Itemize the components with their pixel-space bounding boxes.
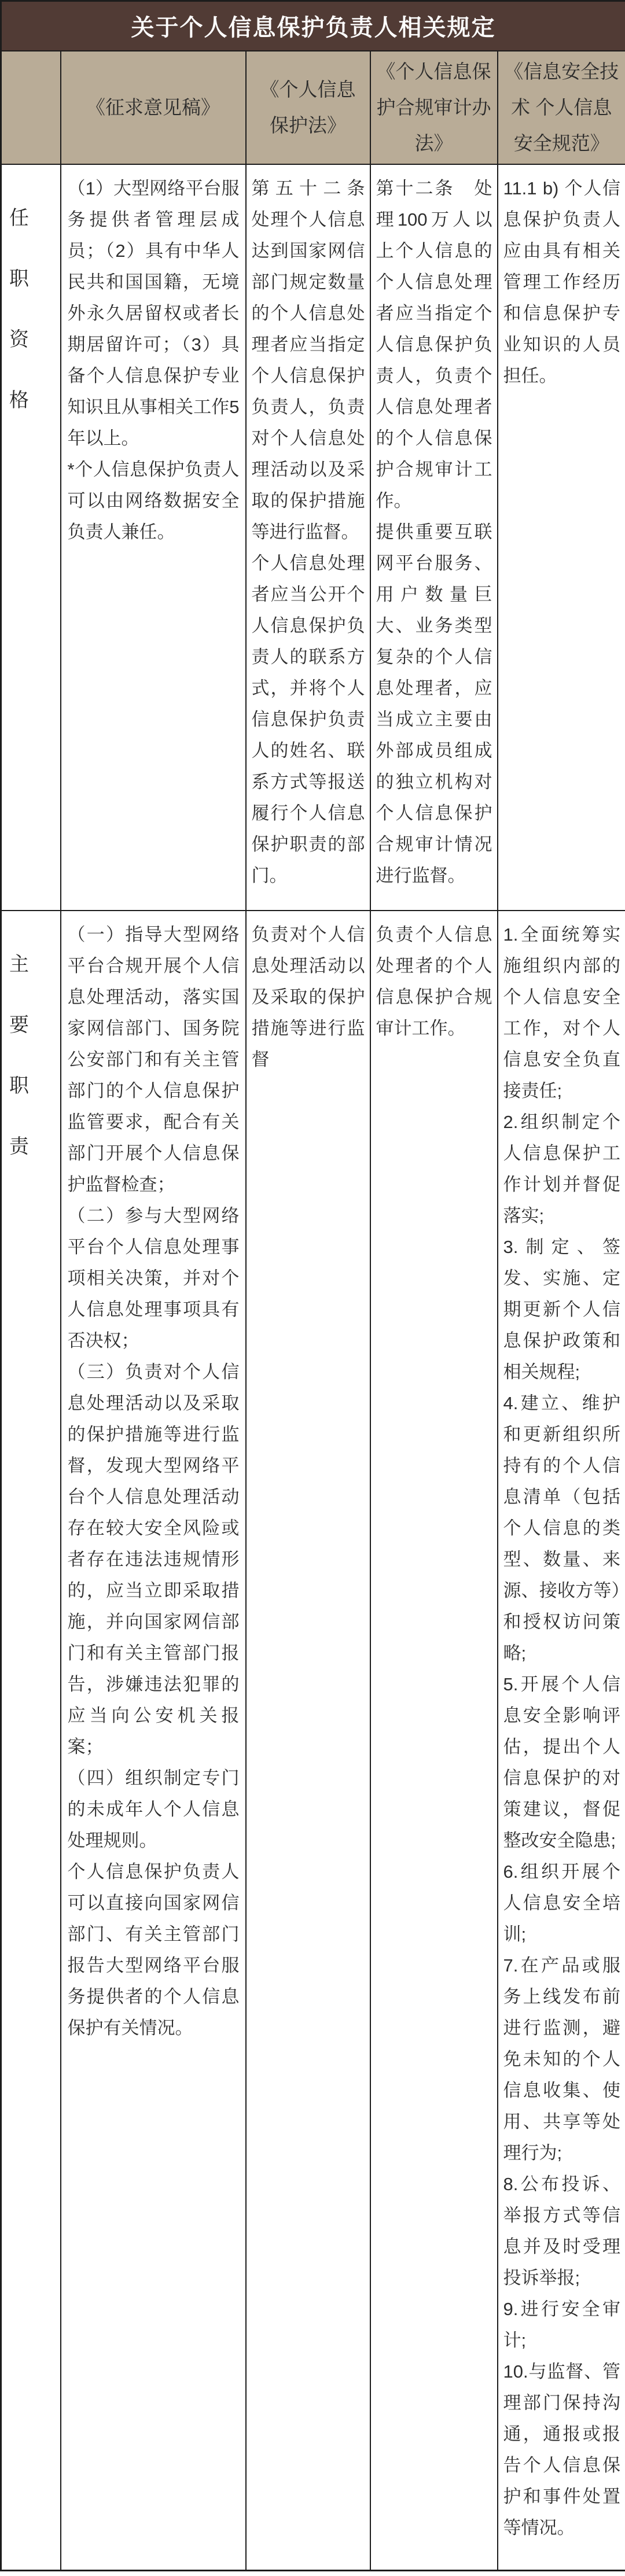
paragraph: 8.公布投诉、举报方式等信息并及时受理投诉举报;	[503, 2169, 621, 2294]
cell-qualifications-pipl: 第五十二条 处理个人信息达到国家网信部门规定数量的个人信息处理者应当指定个人信息…	[246, 164, 370, 911]
paragraph: 个人信息保护负责人可以直接向国家网信部门、有关主管部门报告大型网络平台服务提供者…	[68, 1856, 240, 2044]
paragraph: （三）负责对个人信息处理活动以及采取的保护措施等进行监督，发现大型网络平台个人信…	[68, 1357, 240, 1763]
header-cell-compliance-audit-measures: 《个人信息保护合规审计办法》	[370, 51, 498, 164]
paragraph: 11.1 b) 个人信息保护负责人应由具有相关管理工作经历和信息保护专业知识的人…	[503, 173, 621, 392]
paragraph: 10.与监督、管理部门保持沟通，通报或报告个人信息保护和事件处置等情况。	[503, 2356, 621, 2544]
header-row: 《征求意见稿》 《个人信息保护法》 《个人信息保护合规审计办法》 《信息安全技术…	[1, 51, 625, 164]
paragraph: 职 责	[9, 1056, 53, 1177]
table-row-duties: 主 要职 责 （一）指导大型网络平台合规开展个人信息处理活动，落实国家网信部门、…	[1, 911, 625, 2571]
page-title: 关于个人信息保护负责人相关规定	[1, 1, 625, 51]
table-row-qualifications: 任 职资 格 （1）大型网络平台服务提供者管理层成员；（2）具有中华人民共和国国…	[1, 164, 625, 911]
paragraph: 7.在产品或服务上线发布前进行监测，避免未知的个人信息收集、使用、共享等处理行为…	[503, 1950, 621, 2169]
paragraph: 资 格	[9, 309, 53, 431]
paragraph: 主 要	[9, 934, 53, 1056]
paragraph: 6.组织开展个人信息安全培训;	[503, 1856, 621, 1950]
header-cell-security-specification: 《信息安全技术 个人信息安全规范》	[498, 51, 625, 164]
header-cell-draft-for-comment: 《征求意见稿》	[61, 51, 246, 164]
paragraph: （一）指导大型网络平台合规开展个人信息处理活动，落实国家网信部门、国务院公安部门…	[68, 919, 240, 1200]
document-page: 关于个人信息保护负责人相关规定 《征求意见稿》 《个人信息保护法》 《个人信息保…	[0, 0, 625, 2576]
cell-qualifications-specification: 11.1 b) 个人信息保护负责人应由具有相关管理工作经历和信息保护专业知识的人…	[498, 164, 625, 911]
cell-duties-pipl: 负责对个人信息处理活动以及采取的保护措施等进行监督	[246, 911, 370, 2571]
paragraph: 个人信息处理者应当公开个人信息保护负责人的联系方式，并将个人信息保护负责人的姓名…	[252, 548, 365, 891]
title-row: 关于个人信息保护负责人相关规定	[1, 1, 625, 51]
paragraph: 2.组织制定个人信息保护工作计划并督促落实;	[503, 1107, 621, 1232]
paragraph: 9.进行安全审计;	[503, 2294, 621, 2356]
paragraph: 提供重要互联网平台服务、用户数量巨大、业务类型复杂的个人信息处理者，应当成立主要…	[376, 517, 492, 891]
paragraph: （四）组织制定专门的未成年人个人信息处理规则。	[68, 1763, 240, 1856]
paragraph: （二）参与大型网络平台个人信息处理事项相关决策，并对个人信息处理事项具有否决权；	[68, 1200, 240, 1357]
cell-duties-specification: 1.全面统筹实施组织内部的个人信息安全工作，对个人信息安全负直接责任;2.组织制…	[498, 911, 625, 2571]
paragraph: 3.制定、签发、实施、定期更新个人信息保护政策和相关规程;	[503, 1232, 621, 1388]
cell-qualifications-draft: （1）大型网络平台服务提供者管理层成员；（2）具有中华人民共和国国籍，无境外永久…	[61, 164, 246, 911]
paragraph: 4.建立、维护和更新组织所持有的个人信息清单（包括个人信息的类型、数量、来源、接…	[503, 1388, 621, 1669]
paragraph: 第十二条 处理100万人以上个人信息的个人信息处理者应当指定个人信息保护负责人，…	[376, 173, 492, 517]
paragraph: 负责对个人信息处理活动以及采取的保护措施等进行监督	[252, 919, 365, 1075]
cell-duties-audit: 负责个人信息处理者的个人信息保护合规审计工作。	[370, 911, 498, 2571]
header-cell-pipl: 《个人信息保护法》	[246, 51, 370, 164]
cell-duties-draft: （一）指导大型网络平台合规开展个人信息处理活动，落实国家网信部门、国务院公安部门…	[61, 911, 246, 2571]
paragraph: 负责个人信息处理者的个人信息保护合规审计工作。	[376, 919, 492, 1044]
header-cell-rowlabel	[1, 51, 61, 164]
regulations-comparison-table: 关于个人信息保护负责人相关规定 《征求意见稿》 《个人信息保护法》 《个人信息保…	[0, 0, 625, 2571]
paragraph: 第五十二条 处理个人信息达到国家网信部门规定数量的个人信息处理者应当指定个人信息…	[252, 173, 365, 548]
row-label-duties: 主 要职 责	[1, 911, 61, 2571]
paragraph: *个人信息保护负责人可以由网络数据安全负责人兼任。	[68, 454, 240, 548]
paragraph: 5.开展个人信息安全影响评估，提出个人信息保护的对策建议，督促整改安全隐患;	[503, 1669, 621, 1856]
cell-qualifications-audit: 第十二条 处理100万人以上个人信息的个人信息处理者应当指定个人信息保护负责人，…	[370, 164, 498, 911]
paragraph: 任 职	[9, 188, 53, 309]
paragraph: 1.全面统筹实施组织内部的个人信息安全工作，对个人信息安全负直接责任;	[503, 919, 621, 1107]
row-label-qualifications: 任 职资 格	[1, 164, 61, 911]
paragraph: （1）大型网络平台服务提供者管理层成员；（2）具有中华人民共和国国籍，无境外永久…	[68, 173, 240, 454]
